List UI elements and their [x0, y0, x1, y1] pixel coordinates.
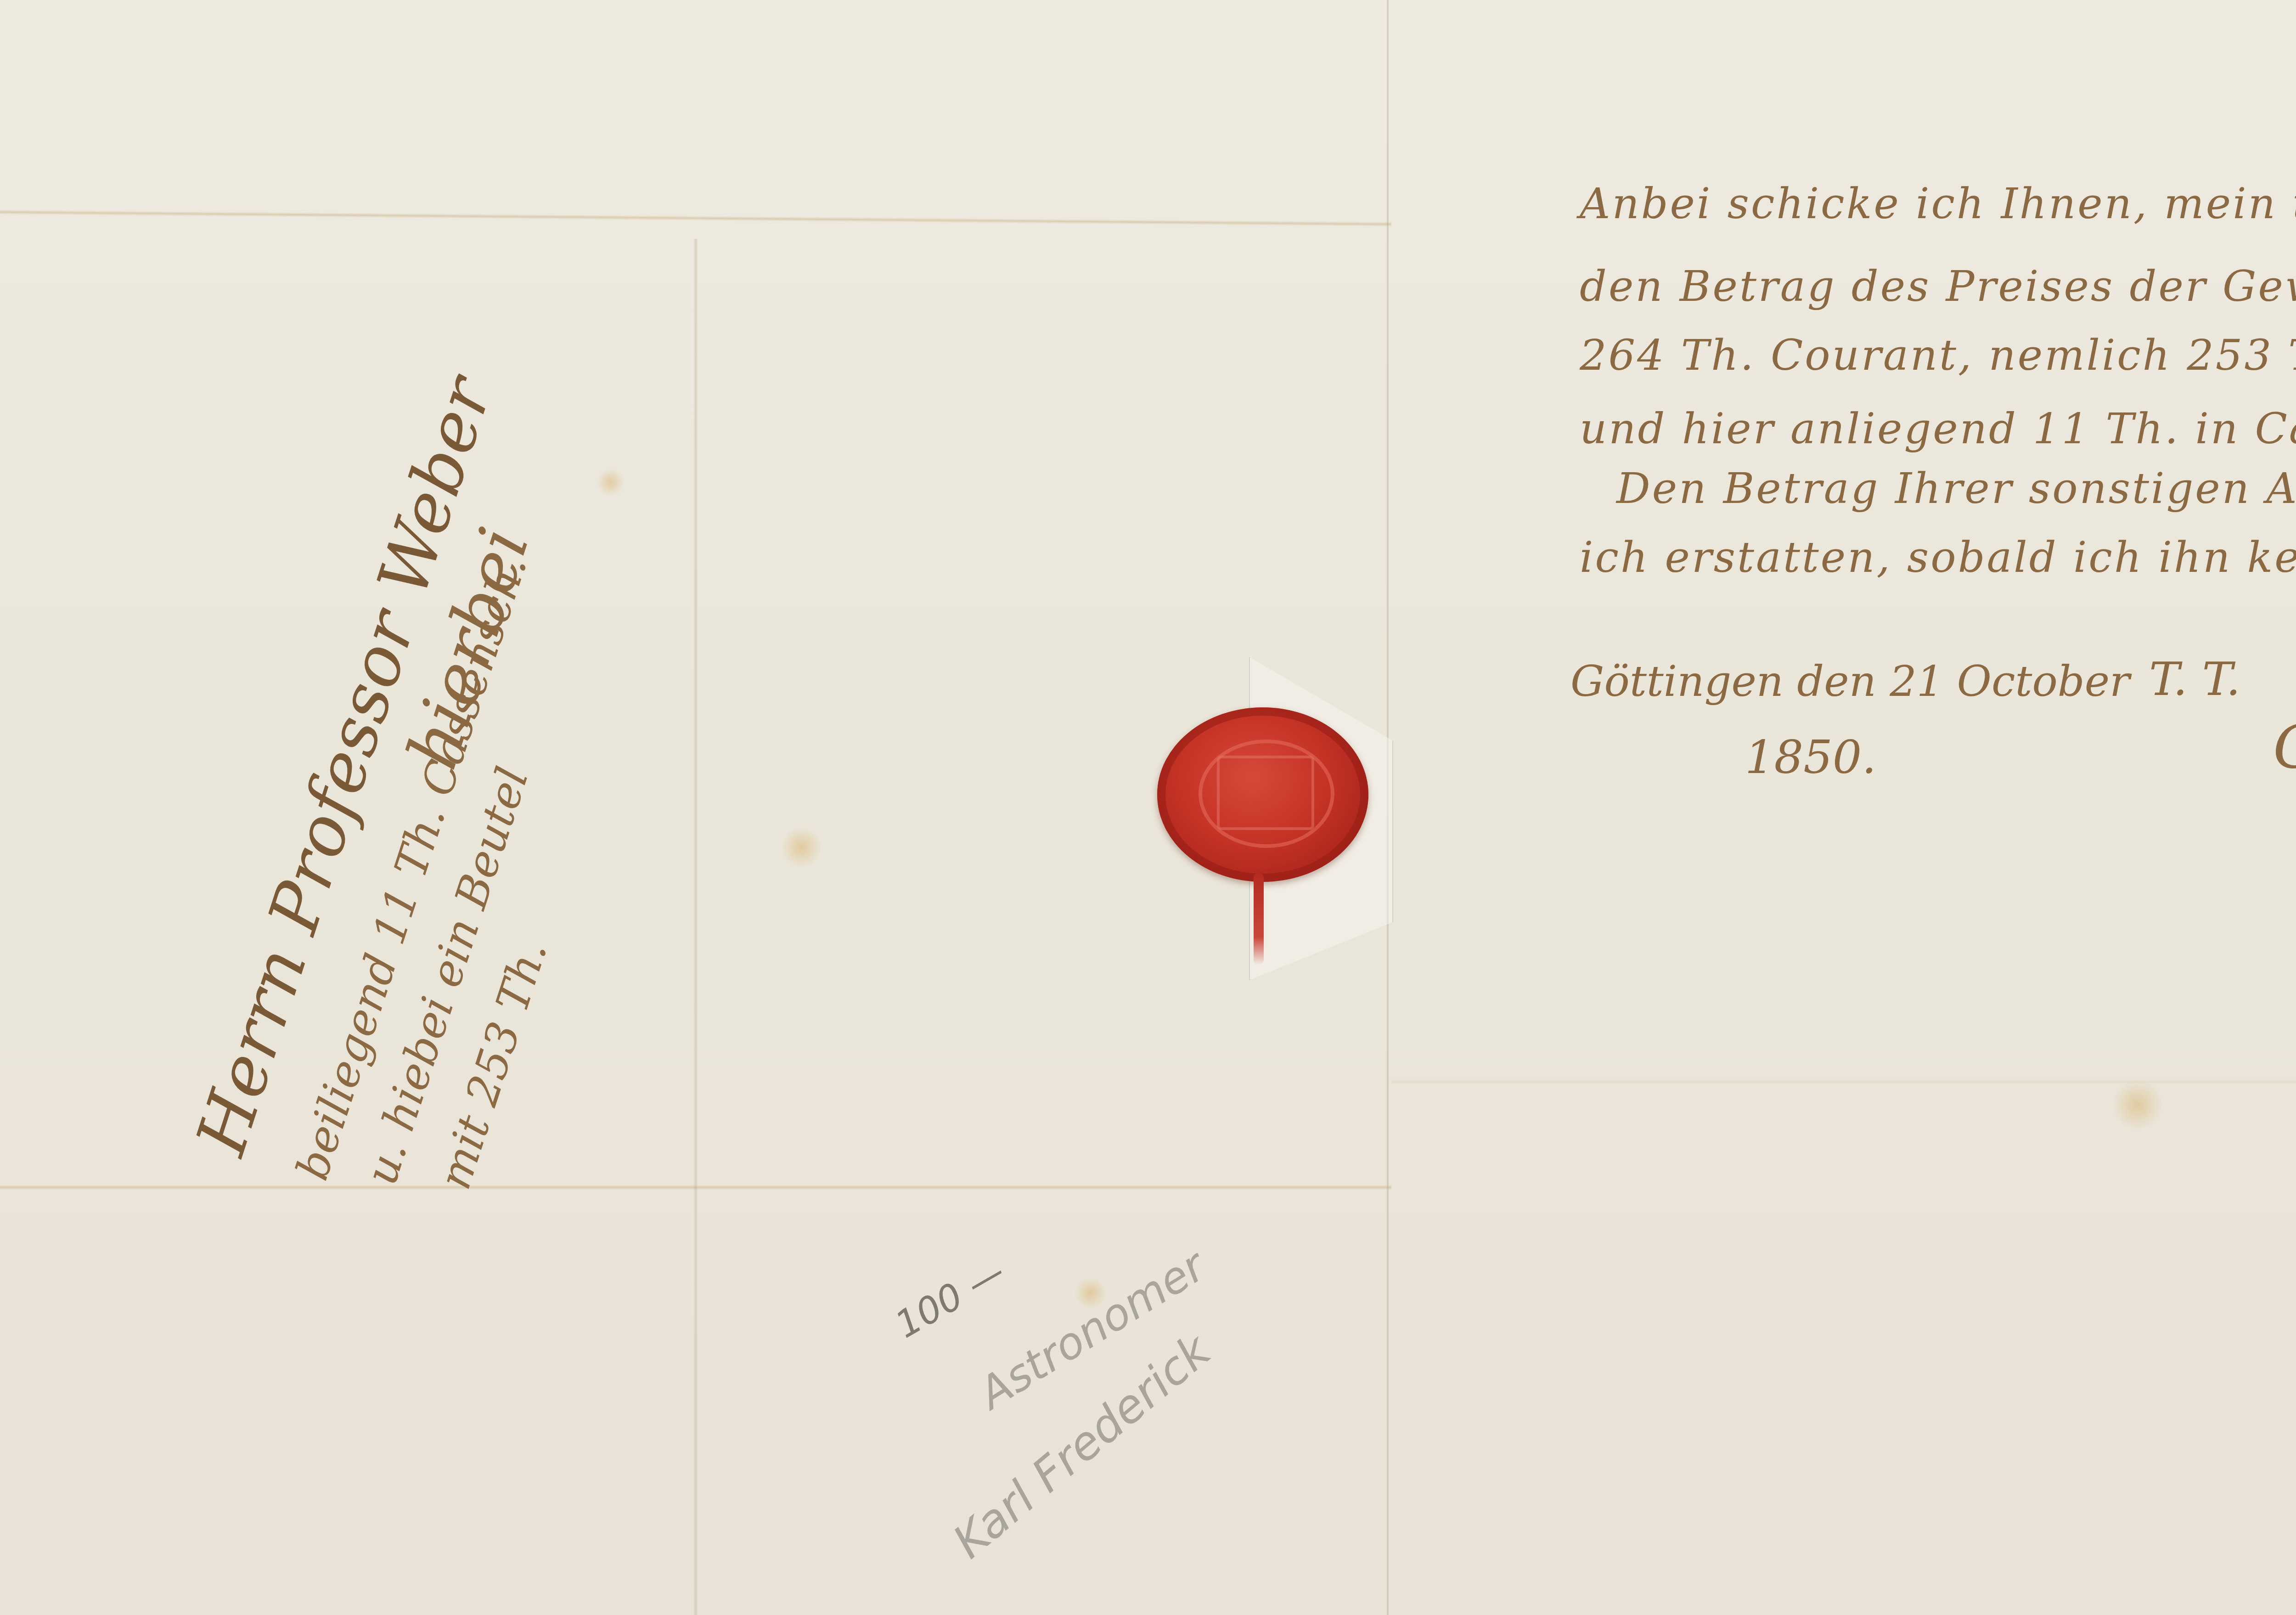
letter-place-date: Göttingen den 21 October — [1570, 657, 2130, 706]
letter-closing: T. T. — [2149, 652, 2240, 706]
stain — [2112, 1079, 2163, 1130]
letter-signature: Gauss — [2273, 712, 2296, 782]
fold-line-horizontal-right — [1391, 1079, 2296, 1084]
letter-line-4: und hier anliegend 11 Th. in Cassenschei… — [1580, 404, 2296, 453]
letter-year: 1850. — [1745, 730, 1876, 784]
fold-line-horizontal-top — [0, 210, 1391, 226]
letter-line-1: Anbei schicke ich Ihnen, mein theuerster… — [1580, 179, 2296, 228]
letter-line-3: 264 Th. Courant, nemlich 253 Th. im Beut… — [1580, 331, 2296, 380]
fold-line-vertical-left — [693, 239, 698, 1615]
pencil-price: 100 — — [888, 1250, 1012, 1347]
wax-drip — [1254, 873, 1264, 965]
wax-seal — [1157, 707, 1368, 882]
stain — [781, 827, 822, 868]
stain — [597, 469, 625, 496]
seal-crest-icon — [1217, 756, 1314, 830]
letter-line-5: Den Betrag Ihrer sonstigen Auslagen werd… — [1616, 464, 2296, 513]
letter-sheet: Herrn Professor Weber beiliegend 11 Th. … — [0, 0, 2296, 1615]
letter-line-6: ich erstatten, sobald ich ihn kenne. — [1580, 533, 2296, 582]
letter-line-2: den Betrag des Preises der Gewinnerloos … — [1580, 262, 2296, 311]
